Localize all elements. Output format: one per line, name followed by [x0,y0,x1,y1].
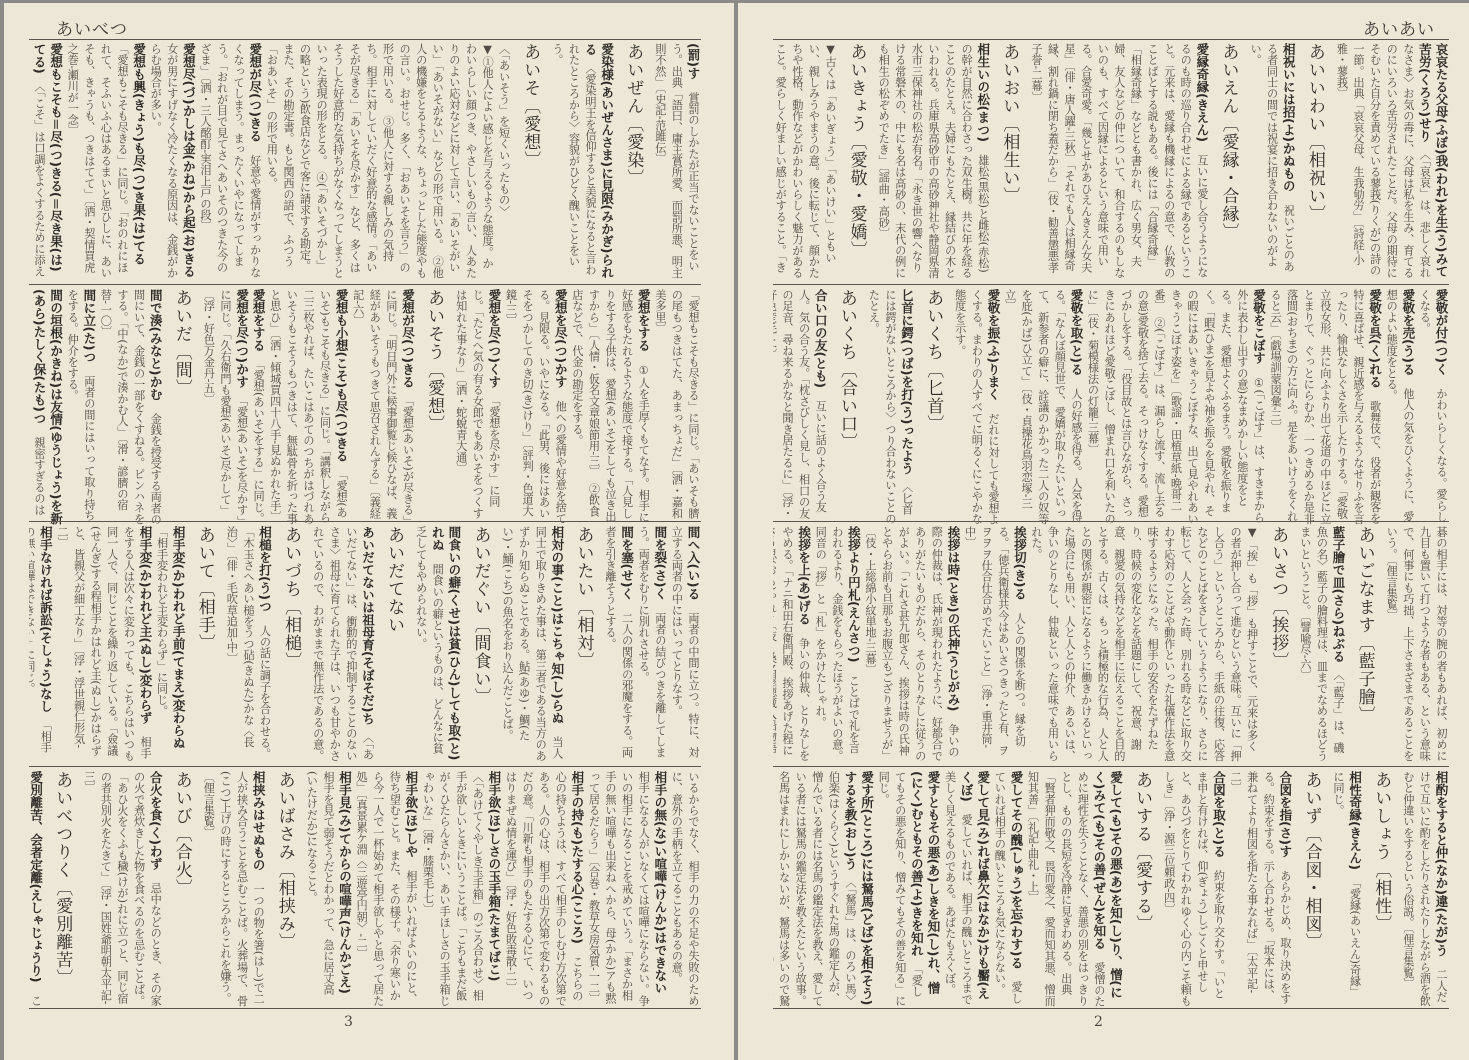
entry-headword: 愛敬をこぼす [1251,289,1266,377]
entry-headword: (罰)す [686,43,701,92]
entry-headword: 相対の事(こと)はこちゃ知(し)らぬ [550,526,565,736]
section-heading: あいばさみ〔相挟み〕 [276,771,293,1007]
entry-definition: 「愛想(あいそ)をする」に同じ。 [252,364,265,524]
section-heading: あいだぐい〔間食い〕 [472,526,489,762]
entry-headword: 愛敬が付(つ)く [1434,289,1449,388]
dictionary-entry: 相手の無(な)い喧嘩(けんか)はできない 相手になる人がいなくては喧嘩にならない… [585,771,668,1007]
entry-definition: ▼古くは「あいぎょう」「あいけい」ともいい、親しみうやまうの意。後に転じて、顔か… [773,43,837,278]
dictionary-entry: 相酌をすると仲(なか)違(たが)う 二人だけで互いに酌をしたりされたりしながら酒… [1399,771,1449,1007]
dictionary-entry: ▼古くは「あいぎょう」「あいけい」ともいい、親しみうやまうの意。後に転じて、顔か… [773,43,838,279]
entry-definition: 相手になる人がいなくては喧嘩にならない。争いの相手になることを戒めていう。「まさ… [587,771,650,1006]
dictionary-entry: 藍子膾で皿(さら)ねぶる 〈「藍子」は、磯魚の名〉藍子の膾料理は、皿までなめるほ… [1296,526,1346,762]
entry-headword: 合図を指(さ)す [1278,771,1293,870]
section-heading: あいくち〔合い口〕 [838,289,855,525]
page-number: 2 [1094,1014,1103,1030]
section-heading: あいて〔相手〕 [196,526,213,762]
section-heading: あいする〔愛する〕 [1134,771,1151,1007]
header-rule [29,39,701,40]
entry-definition: 女が男にすげなく冷たくなる原因は、金銭がからむ場合が多い。 [149,43,179,278]
dictionary-entry: 相手変(か)われど手前(てまえ)変わらぬ 「相手変われど主変わらず」に同じ。 [153,526,186,762]
dictionary-entry: 相性奇縁(きえん) 「愛縁(あいえん)奇縁」に同じ。 [1329,771,1362,1007]
section-heading: あいたい〔相対〕 [575,526,592,762]
entry-headword: 間へ入(い)る [686,526,701,612]
dictionary-entry: 愛想を尽(つ)かす 「愛想(あいそ)を尽かす」に同じ。「久右衛門も愛想(あいそ)… [200,289,250,525]
tier-divider [773,766,1449,767]
tier-1: 哀哀たる父母(ふぼ)我(われ)を生(う)みて苦労(くろう)せり 〈「哀哀」は、悲… [773,43,1449,279]
dictionary-entry: 間を裂(さ)く 両者の結びつきを離してしまう。両者をむりに別れさせる。 [635,526,668,762]
dictionary-entry: 愛してその醜(しゅう)を忘(わす)る 愛していれば相手の醜いところも気にならない… [991,771,1024,1007]
dictionary-entry: 間を塞(せ)く 二人の関係の邪魔をする。両者を引き離そうとする。 [601,526,634,762]
dictionary-entry: 愛想をする ①人を手厚くもてなす。相手に好感をもたれるような態度で接する。「人見… [568,289,651,525]
tier-1: (罰)す 賞罰のしかたが正当でないことをいう。出典「語曰、庸主賞所愛、而罰所悪、… [29,43,701,279]
entry-definition: 碁の相手には、対等の腕の者もあれば、初めに九目も置いて打つような者もある、という… [1385,526,1448,761]
dictionary-entry: 相槌を打(う)つ 人の話に調子を合わせる。「木玉さへあい槌をうつ砧(きぬた)かな… [223,526,273,762]
dictionary-entry: 愛別離苦、会者定離(えしゃじょうり) この世には愛する者と別れるという苦があり、… [29,771,44,1007]
section-heading: あいくち〔匕首〕 [925,289,942,525]
entry-headword: 相槌を打(う)つ [258,526,273,625]
section-heading: あいそう〔愛想〕 [426,289,443,525]
entry-headword: 愛すともその悪(あ)しきを知(し)れ、憎(にく)むともその善(よ)きを知れ [909,771,941,994]
running-head: あいあい [1363,15,1435,40]
entry-headword: 間に立(た)つ [82,289,97,375]
dictionary-entry: 「愛想もこそも尽きる」に同じ。「あいそも臍の尾もつきはてた、あまっちょだ」〔洒・… [651,289,701,525]
entry-headword: 間で湊(みなと)かむ [148,289,163,413]
tier-divider [773,521,1449,522]
entry-headword: 相祝いには招(よ)かぬもの [1281,43,1296,204]
entry-headword: 挨拶切(き)る [1012,526,1027,612]
entry-definition: ▼「挨」も「拶」も押すことで、元来は多くの者が押し合って進むという意味。互いに「… [1030,526,1259,761]
entry-headword: 愛想も興(きょう)も尽(つ)き果(は)てる [132,43,147,277]
section-heading: あいぜん〔愛染〕 [625,43,642,279]
entry-headword: 間を塞(せ)く [620,526,635,612]
dictionary-entry: 碁の相手には、対等の腕の者もあれば、初めに九目も置いて打つような者もある、という… [1383,526,1449,762]
entry-headword: 愛してその醜(しゅう)を忘(わす)る [1009,771,1024,981]
entry-headword: 相酌をすると仲(なか)違(たが)う [1434,771,1449,969]
entry-headword: 挨拶を上(あ)げる [797,526,812,637]
dictionary-entry: 愛想をする 「愛想(あいそ)をする」に同じ。 [250,289,267,525]
entry-headword: 相手なければ訴訟(そしょう)なし [38,526,53,725]
tier-divider [29,766,701,767]
section-heading: あいび〔合火〕 [173,771,190,1007]
dictionary-entry: 愛想が尽(つ)きる 「愛想(あいそ)が尽きる」に同じ。「明日門外に候事御覧じ候ひ… [349,289,415,525]
dictionary-entry: 間へ入(い)る 両者の中間に立つ。特に、対立する両者の中にはいってとりなす。 [668,526,701,762]
entry-headword: 間を裂(さ)く [653,526,668,612]
entry-headword: 合図を取(と)る [1211,771,1226,870]
entry-headword: 愛想が尽(つ)きる [401,289,416,400]
entry-definition: 互いに愛し合うようになるのも時の巡り合わせによる縁であるということ。元来は、愛縁… [1030,43,1209,278]
entry-headword: 相生いの松(まつ) [976,43,991,154]
dictionary-entry: 愛敬を売(う)る 他人の気をひくように、愛想のよい態度をとる。 [1383,289,1416,525]
page-number: 3 [344,1014,353,1030]
dictionary-entry: 間で湊(みなと)かむ 金銭を授受する両者の間にいて、金銭の一部をくすねる。ピンハ… [97,289,163,525]
entry-definition: 〈「あけてくやしき玉手箱」のごろ合わせ〉相手が欲しいときにいうことば。「こちもま… [422,771,485,1006]
entry-headword: 愛敬を売(う)る [1401,289,1416,388]
tier-4: 相酌をすると仲(なか)違(たが)う 二人だけで互いに酌をしたりされたりしながら酒… [773,771,1449,1007]
dictionary-entry: 愛想も興(きょう)も尽(つ)き果(は)てる 「愛想もこそも尽きる」に同じ。「おの… [64,43,147,279]
entry-definition: いるからでなく、相手の力の不足や失敗のために、意外の手柄を立てることもあるの意。 [670,771,700,1006]
dictionary-entry: 愛敬が付(つ)く かわいらしくなる。愛らしくなる。 [1416,289,1449,525]
entry-headword: あいだてないは祖母育(そぼそだ)ち [361,526,376,737]
entry-headword: 愛想が尽(つ)きる [248,43,263,154]
dictionary-entry: 相手欲(ほ)しや 相手がいればよいのにと、待ち望むこと。また、その様子。「余り寒… [353,771,419,1007]
dictionary-entry: 相生いの松(まつ) 雄松(黒松)と雌松(赤松)の幹が自然に合わさった双生樹。共に… [875,43,991,279]
running-head: あいべつ [56,15,128,40]
tier-divider [29,284,701,285]
section-heading: あいえん〔愛縁・合縁〕 [1220,43,1237,279]
footer-rule [773,1008,1449,1009]
dictionary-entry: 愛染様(あいぜんさま)に見限(みかぎ)られる 〈愛染明王を信仰すると美貌になると… [548,43,614,279]
section-heading: あいさつ〔挨拶〕 [1270,526,1287,762]
dictionary-entry: 愛すともその悪(あ)しきを知(し)れ、憎(にく)むともその善(よ)きを知れ 「愛… [875,771,941,1007]
entry-headword: 相手欲(ほ)しさの玉手箱(たまてばこ) [487,771,502,994]
right-page: あいあい 哀哀たる父母(ふぼ)我(われ)を生(う)みて苦労(くろう)せり 〈「哀… [738,3,1469,1060]
tier-divider [773,284,1449,285]
tier-divider [29,521,701,522]
dictionary-entry: 愛縁奇縁(きえん) 互いに愛し合うようになるのも時の巡り合わせによる縁であるとい… [1027,43,1210,279]
dictionary-entry: 愛して見(み)れば鼻欠(はなか)けも靨(えくぼ) 愛していれば、相手の醜いところ… [941,771,991,1007]
entry-definition: 〈愛染明王を信仰すると美貌になると言われたところから〉容貌がひどく醜いことをいう… [551,43,597,275]
dictionary-entry: 愛す所(ところ)には駑馬(どば)を相(そう)するを教(おし)う 〈「駑馬」は、の… [773,771,875,1007]
section-heading: あいおい〔相生い〕 [1001,43,1018,279]
dictionary-entry: 匕首に鍔(つば)を打(う)ったよう 〈匕首には鍔がないところから〉つり合わないこ… [865,289,915,525]
dictionary-entry: 間の垣根(かきね)は友情(ゆうじょう)を新(あら)たしく保(たも)つ 親密すぎる… [29,289,64,525]
entry-headword: 愛想も小想(こそ)も尽(つ)きる [334,289,349,474]
section-heading: あいだ〔間〕 [173,289,190,525]
dictionary-entry: ▼①他人によい感じを与えるような態度。かわいらしい顔つき、やさしいもの言い、人あ… [263,43,495,279]
entry-headword: 相手欲(ほ)しや [404,771,419,870]
entry-headword: 愛敬を振(ふ)りまく [986,289,1001,413]
dictionary-entry: 合図を指(さ)す あらかじめ、取り決めをする。約束をする。示し合わせる。「坂本に… [1226,771,1292,1007]
entry-headword: 相手見(み)てからの喧嘩声(けんかごえ) [338,771,353,1006]
header-rule [773,39,1449,40]
dictionary-entry: 愛想が尽(つ)きる 好意や愛情がすっかりなくなってしまう。まったくいやになってし… [196,43,262,279]
entry-headword: 愛敬を呉(く)れる [1368,289,1383,400]
dictionary-entry: 愛敬をこぼす ①(「こぼす」は、すきまから外に表わし出すの意)なまめかしい態度を… [1084,289,1267,525]
dictionary-entry: 愛想もこそも＝尽(つ)きる(＝尽き果(は)てる) 〈「こそ」は口調をよくするため… [29,43,64,279]
entry-headword: 匕首に鍔(つば)を打(う)ったよう [900,289,915,487]
dictionary-entry: 間食いの癖(くせ)は貧(ひん)しても取(と)れぬ 間食いの癖というものは、どんな… [412,526,462,762]
entry-definition: 歌舞伎で、役者が観客を特に喜ばせ、親近感を与えるようなせりふを言ったり、愉快なし… [1269,289,1382,525]
entry-headword: 藍子膾で皿(さら)ねぶる [1331,526,1346,675]
dictionary-entry: 相対の事(こと)はこちゃ知(し)らぬ 当人同士で取りきめた事は、第三者である当方… [498,526,564,762]
entry-definition: ▼①他人によい感じを与えるような態度。かわいらしい顔つき、やさしいもの言い、人あ… [265,43,494,278]
entry-headword: 相挟みはせぬもの [251,771,266,884]
entry-headword: 愛想尽(づ)かしは金(かね)から起(お)きる [181,43,196,279]
entry-headword: 愛縁奇縁(きえん) [1195,43,1210,154]
heading-note: 〈「あいそう」を短くいったもの〉 [495,43,512,279]
tier-2: 愛敬が付(つ)く かわいらしくなる。愛らしくなる。愛敬を売(う)る 他人の気をひ… [773,289,1449,525]
dictionary-entry: 挨拶は時(とき)の氏神(うじがみ) 争いの際の仲裁は、氏神が現われたように、好都… [861,526,961,762]
footer-rule [29,1008,701,1009]
entry-definition: 「相手変われど主変わらず」に同じ。 [156,526,169,716]
entry-headword: 相手変(か)われど主(ぬし)変わらず [138,526,153,736]
dictionary-entry: 愛想尽(づ)かしは金(かね)から起(お)きる 女が男にすげなく冷たくなる原因は、… [147,43,197,279]
section-heading: あいいわい〔相祝い〕 [1306,43,1323,279]
dictionary-entry: 挨拶切(き)る 人との関係を断つ。縁を切る。「徳兵衛様共今はあいさつきったと有、… [961,526,1027,762]
entry-headword: 相手変(か)われど手前(てまえ)変わらぬ [171,526,186,761]
dictionary-entry: 愛想を尽(つ)かす 他への愛情や好意を捨てる。見限る。いやになる。「此男、後には… [502,289,568,525]
section-heading: あいづち〔相槌〕 [283,526,300,762]
dictionary-entry: 愛敬を振(ふ)りまく だれに対しても愛想よくする。まわりの人すべてに明るくにこや… [951,289,1001,525]
entry-headword: 愛想を尽(つ)くす [487,289,502,400]
section-heading: あいべつりく〔愛別離苦〕 [54,771,71,1007]
entry-headword: 相手の無(な)い喧嘩(けんか)はできない [653,771,668,1006]
entry-headword: 愛想をする [636,289,651,364]
dictionary-entry: あいだてないは祖母育(そぼそだ)ち 〈「あいだてない」は、衝動的で抑制することの… [309,526,375,762]
dictionary-entry: 相挟みはせぬもの 一つの物を箸(はし)で二人が挟み合うことを忌むことば。火葬場で… [200,771,266,1007]
section-heading: あいきょう〔愛敬・愛嬌〕 [848,43,865,279]
tier-2: 「愛想もこそも尽きる」に同じ。「あいそも臍の尾もつきはてた、あまっちょだ」〔洒・… [29,289,701,525]
dictionary-entry: 合火を食(く)わず 忌中などのとき、その家の火で煮炊きした物を食べるのを忌むこと… [80,771,163,1007]
section-heading: あいず〔合図・相図〕 [1303,771,1320,1007]
section-heading: あいしょう〔相性〕 [1373,771,1390,1007]
entry-headword: 相手の持(も)たする心(こころ) [570,771,585,956]
left-page: あいべつ (罰)す 賞罰のしかたが正当でないことをいう。出典「語曰、庸主賞所愛、… [4,3,734,1060]
section-heading: あいだてない [386,526,403,762]
dictionary-entry: 間に立(た)つ 両者の間にはいって取り持ちをする。仲介をする。 [64,289,97,525]
dictionary-entry: 愛想も小想(こそ)も尽(つ)きる 「愛想(あいそ)もこそも尽きる」に同じ。「講釈… [266,289,349,525]
entry-headword: 愛想をする [251,289,266,364]
dictionary-entry: 合い口の友(とも) 互いに話のよく合う友人。気の合う友。「枕さびしく見し、相口の… [773,289,828,525]
entry-headword: 愛敬を取(と)る [1069,289,1084,388]
entry-headword: 相性奇縁(きえん) [1348,771,1363,882]
entry-headword: 愛想を尽(つ)かす [553,289,568,400]
entry-definition: 「愛想もこそも尽きる」に同じ。「おのれにほれて、そふいふ心はあるまいと思ひしに、… [66,43,129,278]
dictionary-entry: 愛敬を取(と)る 人の好感を得る。人気を得る。「なんぼ顔見世で、愛嬌が取りたいと… [1001,289,1084,525]
entry-headword: 愛別離苦、会者定離(えしゃじょうり) [29,771,44,995]
dictionary-entry: 愛想を尽(つ)くす 「愛想を尽かす」に同じ。「たとへ気の有る女郎でもあいそをつく… [452,289,502,525]
dictionary-entry: 挨拶を上(あ)げる 争いの仲裁、とりなしをやめる。「ナニ和田右衛門殿、挨拶あげた… [773,526,812,762]
dictionary-entry: 愛敬を呉(く)れる 歌舞伎で、役者が観客を特に喜ばせ、親近感を与えるようなせりふ… [1266,289,1382,525]
dictionary-entry: 相手欲(ほ)しさの玉手箱(たまてばこ) 〈「あけてくやしき玉手箱」のごろ合わせ〉… [419,771,502,1007]
dictionary-entry: 挨拶より円札(えんさつ) ことばで礼を言われるより、金銭をもらったほうがよいの意… [812,526,862,762]
dictionary-entry: 哀哀たる父母(ふぼ)我(われ)を生(う)みて苦労(くろう)せり 〈「哀哀」は、悲… [1333,43,1449,279]
dictionary-entry: (罰)す 賞罰のしかたが正当でないことをいう。出典「語曰、庸主賞所愛、而罰所悪、… [651,43,701,279]
tier-4: いるからでなく、相手の力の不足や失敗のために、意外の手柄を立てることもあるの意。… [29,771,701,1007]
dictionary-entry: 相手見(み)てからの喧嘩声(けんかごえ) 相手を見て弱そうだとわかって、急に居丈… [303,771,353,1007]
dictionary-entry: 相手の持(も)たする心(こころ) こちらの心の持ちようは、すべて相手のしむけ方次… [502,771,585,1007]
entry-headword: 愛想を尽(つ)かす [235,289,250,400]
entry-definition: 雄松(黒松)と雌松(赤松)の幹が自然に合わさった双生樹。共に年を経ることのたとえ… [877,43,990,278]
dictionary-entry: いるからでなく、相手の力の不足や失敗のために、意外の手柄を立てることもあるの意。 [668,771,701,1007]
dictionary-entry: 合図を取(と)る 約束を取り交わす。「いとま申と有ければ、仰(ぎょう)しごくと申… [1160,771,1226,1007]
dictionary-entry: 相手変(か)われど主(ぬし)変わらず 相手をする人は次々に変わっても、こちらはい… [53,526,153,762]
dictionary-entry: ▼「挨」も「拶」も押すことで、元来は多くの者が押し合って進むという意味。互いに「… [1027,526,1259,762]
section-heading: あいそ〔愛想〕 [522,43,539,279]
section-heading: あいごなます〔藍子膾〕 [1356,526,1373,762]
entry-headword: 挨拶より円札(えんさつ) [846,526,861,675]
entry-definition: 相手を見て弱そうだとわかって、急に居丈高(いたけだか)になること。 [305,771,335,995]
tier-3: 間へ入(い)る 両者の中間に立つ。特に、対立する両者の中にはいってとりなす。間を… [29,526,701,762]
tier-3: 碁の相手には、対等の腕の者もあれば、初めに九目も置いて打つような者もある、という… [773,526,1449,762]
entry-definition: 「愛想もこそも尽きる」に同じ。「あいそも臍の尾もつきはてた、あまっちょだ」〔洒・… [654,289,700,519]
entry-headword: 挨拶は時(とき)の氏神(うじがみ) [946,526,961,724]
dictionary-entry: 相手なければ訴訟(そしょう)なし 「相手の無い喧嘩はできない」に同じ。 [29,526,53,762]
dictionary-entry: 愛して(も)その悪(あ)を知(し)り、憎(にく)みて(も)その善(ぜん)を知る … [1024,771,1124,1007]
entry-headword: 合火を食(く)わず [148,771,163,882]
dictionary-entry: 相祝いには招(よ)かぬもの 祝いごとのある者同士の間では祝宴に招き合わないのがよ… [1246,43,1296,279]
entry-headword: 合い口の友(とも) [813,289,828,400]
entry-definition: ①(「こぼす」は、すきまから外に表わし出すの意)なまめかしい態度をとる。また、愛… [1087,289,1266,524]
